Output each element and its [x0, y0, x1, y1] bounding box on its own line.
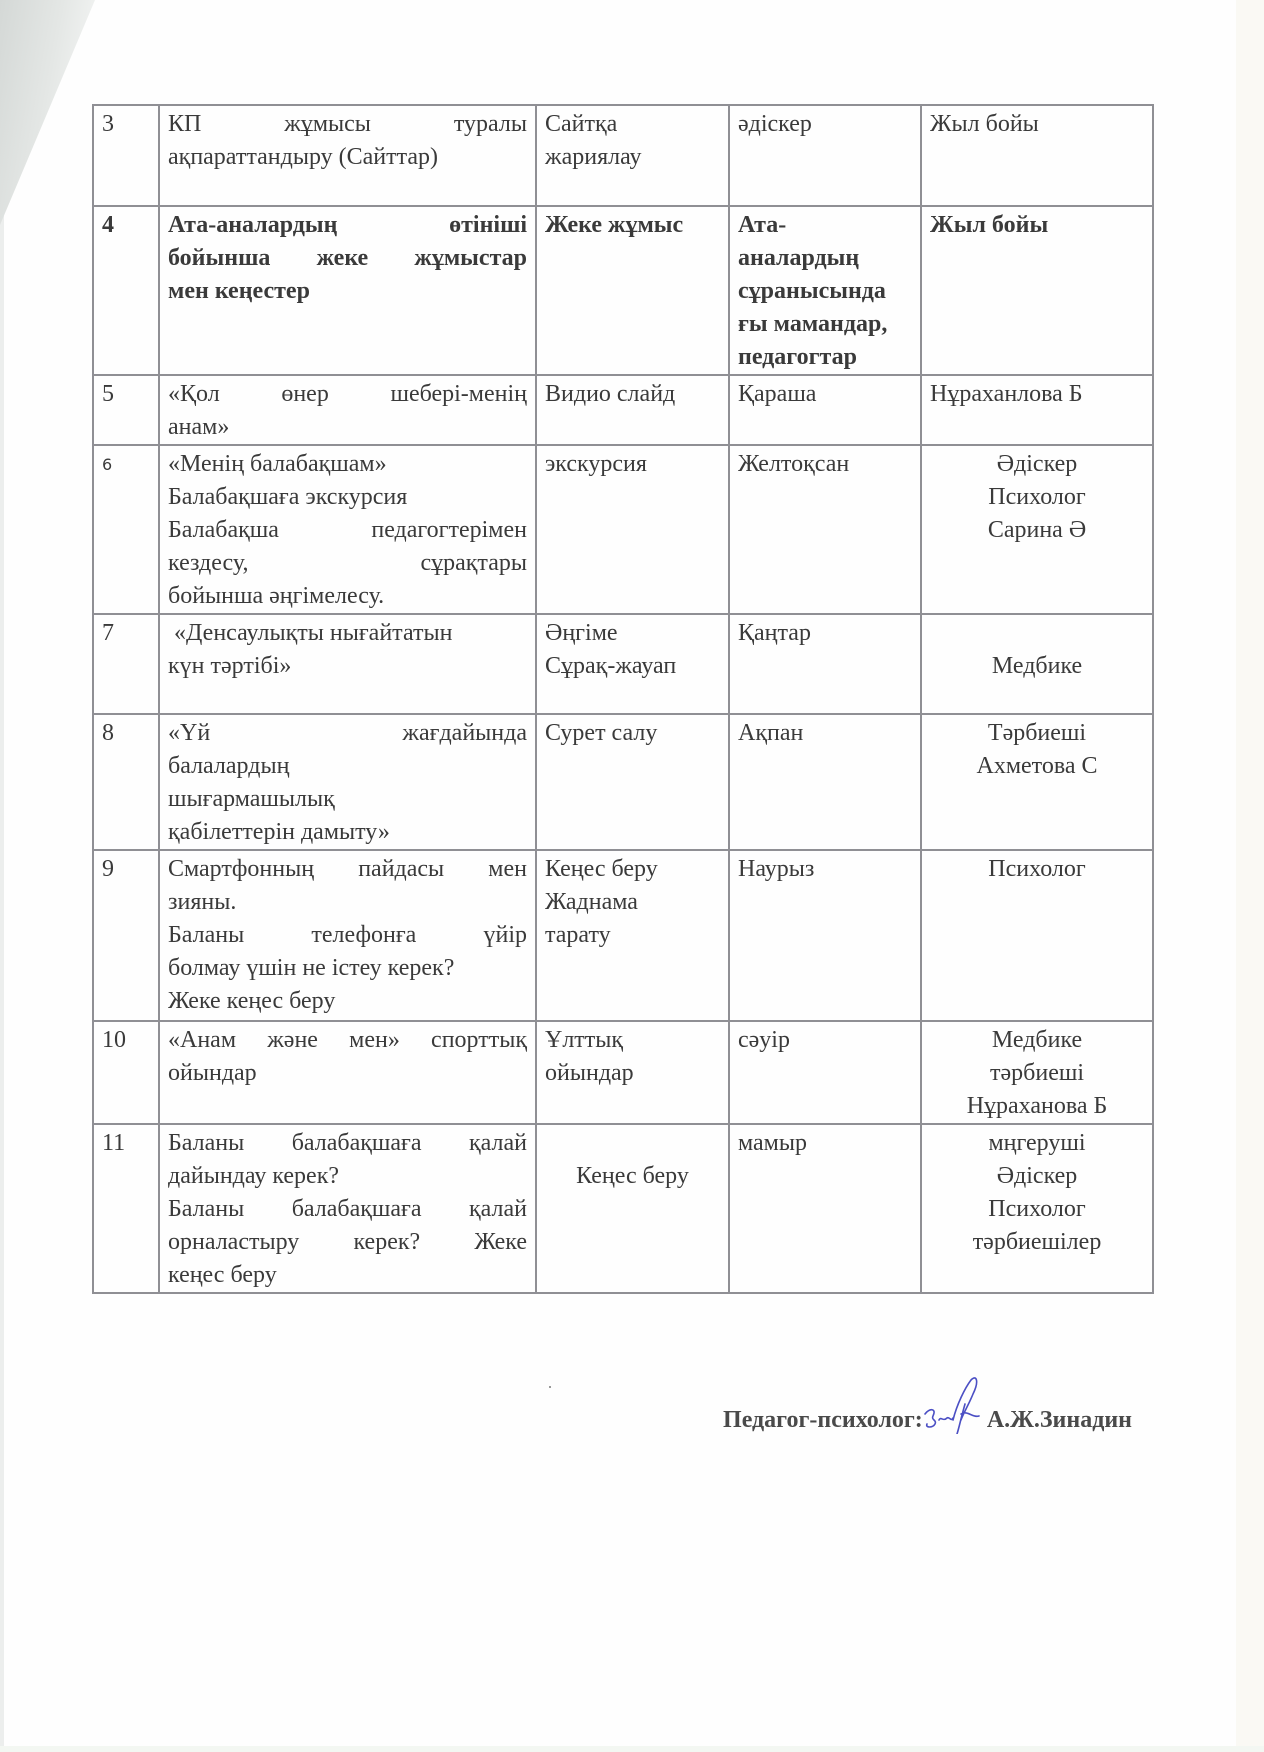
date-cell: Ата- аналардың сұранысында ғы мамандар, …: [729, 206, 921, 375]
table-row: 7 «Денсаулықты нығайтатын күн тәртібі» Ә…: [93, 614, 1153, 714]
form-line: Кеңес беру: [545, 1160, 720, 1193]
form-line: ойындар: [545, 1057, 720, 1090]
responsible-line: мңгеруші: [930, 1127, 1144, 1160]
responsible-line: Ахметова С: [930, 750, 1144, 783]
topic-line: болмау үшін не істеу керек?: [168, 952, 527, 985]
topic-cell: «Менің балабақшам» Балабақшаға экскурсия…: [159, 445, 536, 614]
topic-line: күн тәртібі»: [168, 650, 527, 683]
topic-line: Ата-аналардың өтініші: [168, 209, 527, 242]
date-line: мамыр: [738, 1127, 912, 1160]
scan-edge-left: [0, 0, 4, 1752]
row-number: 6: [93, 445, 159, 614]
responsible-line: Нұраханлова Б: [930, 378, 1144, 411]
topic-line: Балабақша педагогтерімен: [168, 514, 527, 547]
form-line: Кеңес беру: [545, 853, 720, 886]
topic-line: Жеке кеңес беру: [168, 985, 527, 1018]
scan-edge-right: [1236, 0, 1264, 1752]
responsible-line: Әдіскер: [930, 1160, 1144, 1193]
topic-line: кеңес беру: [168, 1259, 527, 1292]
responsible-line: Сарина Ә: [930, 514, 1144, 547]
form-cell: Жеке жұмыс: [536, 206, 729, 375]
date-cell: Желтоқсан: [729, 445, 921, 614]
date-line: ғы мамандар,: [738, 308, 912, 341]
row-number: 9: [93, 850, 159, 1021]
form-cell: Видио слайд: [536, 375, 729, 445]
date-cell: Ақпан: [729, 714, 921, 850]
date-cell: Қараша: [729, 375, 921, 445]
handwritten-signature-icon: [921, 1374, 991, 1434]
topic-line: «Анам және мен» спорттық: [168, 1024, 527, 1057]
table-row: 8 «Үй жағдайында балалардың шығармашылық…: [93, 714, 1153, 850]
date-line: педагогтар: [738, 341, 912, 374]
topic-cell: Баланы балабақшаға қалай дайындау керек?…: [159, 1124, 536, 1293]
topic-line: бойынша жеке жұмыстар: [168, 242, 527, 275]
signature-block: Педагог-психолог: А.Ж.Зинадин: [723, 1374, 1132, 1434]
form-cell: Сурет салу: [536, 714, 729, 850]
row-number: 5: [93, 375, 159, 445]
table-row: 10 «Анам және мен» спорттық ойындар Ұлтт…: [93, 1021, 1153, 1124]
date-line: сұранысында: [738, 275, 912, 308]
responsible-cell: Тәрбиеші Ахметова С: [921, 714, 1153, 850]
table-row: 3 КП жұмысы туралы ақпараттандыру (Сайтт…: [93, 105, 1153, 206]
form-line: Сұрақ-жауап: [545, 650, 720, 683]
topic-line: бойынша әңгімелесу.: [168, 580, 527, 613]
parent-work-plan-table: 3 КП жұмысы туралы ақпараттандыру (Сайтт…: [92, 104, 1154, 1294]
topic-line: зияны.: [168, 886, 527, 919]
topic-line: дайындау керек?: [168, 1160, 527, 1193]
scan-speck: [549, 1386, 551, 1388]
table-row: 5 «Қол өнер шебері-менің анам» Видио сла…: [93, 375, 1153, 445]
responsible-line: тәрбиешілер: [930, 1226, 1144, 1259]
topic-cell: «Денсаулықты нығайтатын күн тәртібі»: [159, 614, 536, 714]
responsible-line: Тәрбиеші: [930, 717, 1144, 750]
plan-table-body: 3 КП жұмысы туралы ақпараттандыру (Сайтт…: [93, 105, 1153, 1293]
table-row: 6 «Менің балабақшам» Балабақшаға экскурс…: [93, 445, 1153, 614]
responsible-cell: Әдіскер Психолог Сарина Ә: [921, 445, 1153, 614]
row-number: 8: [93, 714, 159, 850]
topic-line: «Қол өнер шебері-менің: [168, 378, 527, 411]
date-line: әдіскер: [738, 108, 912, 141]
table-row: 9 Смартфонның пайдасы мен зияны. Баланы …: [93, 850, 1153, 1021]
topic-line: Баланы телефонға үйір: [168, 919, 527, 952]
date-cell: мамыр: [729, 1124, 921, 1293]
responsible-line: Нұраханова Б: [930, 1090, 1144, 1123]
topic-cell: «Анам және мен» спорттық ойындар: [159, 1021, 536, 1124]
responsible-line: Психолог: [930, 853, 1144, 886]
topic-cell: «Үй жағдайында балалардың шығармашылық қ…: [159, 714, 536, 850]
topic-line: кездесу, сұрақтары: [168, 547, 527, 580]
responsible-cell: Нұраханлова Б: [921, 375, 1153, 445]
responsible-cell: Медбике: [921, 614, 1153, 714]
responsible-line: Психолог: [930, 1193, 1144, 1226]
topic-line: «Денсаулықты нығайтатын: [168, 617, 527, 650]
date-line: сәуір: [738, 1024, 912, 1057]
topic-line: шығармашылық: [168, 783, 527, 816]
topic-line: ақпараттандыру (Сайттар): [168, 141, 527, 174]
row-number: 10: [93, 1021, 159, 1124]
form-line: Видио слайд: [545, 378, 720, 411]
row-number: 3: [93, 105, 159, 206]
date-line: Қаңтар: [738, 617, 912, 650]
date-cell: сәуір: [729, 1021, 921, 1124]
form-line: Сурет салу: [545, 717, 720, 750]
topic-line: мен кеңестер: [168, 275, 527, 308]
responsible-cell: Медбике тәрбиеші Нұраханова Б: [921, 1021, 1153, 1124]
responsible-line: Медбике: [930, 1024, 1144, 1057]
topic-line: балалардың: [168, 750, 527, 783]
topic-cell: КП жұмысы туралы ақпараттандыру (Сайттар…: [159, 105, 536, 206]
form-cell: Әңгіме Сұрақ-жауап: [536, 614, 729, 714]
scan-fold-shadow: [0, 0, 100, 230]
form-cell: Сайтқа жариялау: [536, 105, 729, 206]
responsible-line: Медбике: [930, 650, 1144, 683]
date-line: аналардың: [738, 242, 912, 275]
date-line: Қараша: [738, 378, 912, 411]
topic-cell: Смартфонның пайдасы мен зияны. Баланы те…: [159, 850, 536, 1021]
topic-line: Смартфонның пайдасы мен: [168, 853, 527, 886]
topic-line: Баланы балабақшаға қалай: [168, 1193, 527, 1226]
responsible-line: Әдіскер: [930, 448, 1144, 481]
form-line: тарату: [545, 919, 720, 952]
signature-label: Педагог-психолог:: [723, 1407, 923, 1434]
topic-cell: Ата-аналардың өтініші бойынша жеке жұмыс…: [159, 206, 536, 375]
date-cell: әдіскер: [729, 105, 921, 206]
responsible-line: Психолог: [930, 481, 1144, 514]
form-line: Сайтқа: [545, 108, 720, 141]
topic-line: Балабақшаға экскурсия: [168, 481, 527, 514]
topic-cell: «Қол өнер шебері-менің анам»: [159, 375, 536, 445]
responsible-cell: Жыл бойы: [921, 105, 1153, 206]
row-number: 11: [93, 1124, 159, 1293]
form-cell: экскурсия: [536, 445, 729, 614]
responsible-line: Жыл бойы: [930, 108, 1144, 141]
date-line: Ата-: [738, 209, 912, 242]
form-cell: Кеңес беру Жаднама тарату: [536, 850, 729, 1021]
signature-name: А.Ж.Зинадин: [987, 1407, 1132, 1434]
topic-line: «Менің балабақшам»: [168, 448, 527, 481]
table-row: 4 Ата-аналардың өтініші бойынша жеке жұм…: [93, 206, 1153, 375]
topic-line: Баланы балабақшаға қалай: [168, 1127, 527, 1160]
form-line: Ұлттық: [545, 1024, 720, 1057]
topic-line: КП жұмысы туралы: [168, 108, 527, 141]
row-number: 4: [93, 206, 159, 375]
responsible-cell: Жыл бойы: [921, 206, 1153, 375]
form-line: Әңгіме: [545, 617, 720, 650]
topic-line: ойындар: [168, 1057, 527, 1090]
responsible-cell: мңгеруші Әдіскер Психолог тәрбиешілер: [921, 1124, 1153, 1293]
form-line: Жаднама: [545, 886, 720, 919]
responsible-line: Жыл бойы: [930, 209, 1144, 242]
form-line: Жеке жұмыс: [545, 209, 720, 242]
table-row: 11 Баланы балабақшаға қалай дайындау кер…: [93, 1124, 1153, 1293]
topic-line: қабілеттерін дамыту»: [168, 816, 527, 849]
responsible-cell: Психолог: [921, 850, 1153, 1021]
form-cell: Кеңес беру: [536, 1124, 729, 1293]
form-line: экскурсия: [545, 448, 720, 481]
date-cell: Наурыз: [729, 850, 921, 1021]
date-line: Наурыз: [738, 853, 912, 886]
date-line: Ақпан: [738, 717, 912, 750]
form-cell: Ұлттық ойындар: [536, 1021, 729, 1124]
responsible-line: тәрбиеші: [930, 1057, 1144, 1090]
topic-line: анам»: [168, 411, 527, 444]
scan-edge-bottom: [0, 1746, 1264, 1752]
form-line: жариялау: [545, 141, 720, 174]
row-number: 7: [93, 614, 159, 714]
date-line: Желтоқсан: [738, 448, 912, 481]
date-cell: Қаңтар: [729, 614, 921, 714]
topic-line: «Үй жағдайында: [168, 717, 527, 750]
topic-line: орналастыру керек? Жеке: [168, 1226, 527, 1259]
